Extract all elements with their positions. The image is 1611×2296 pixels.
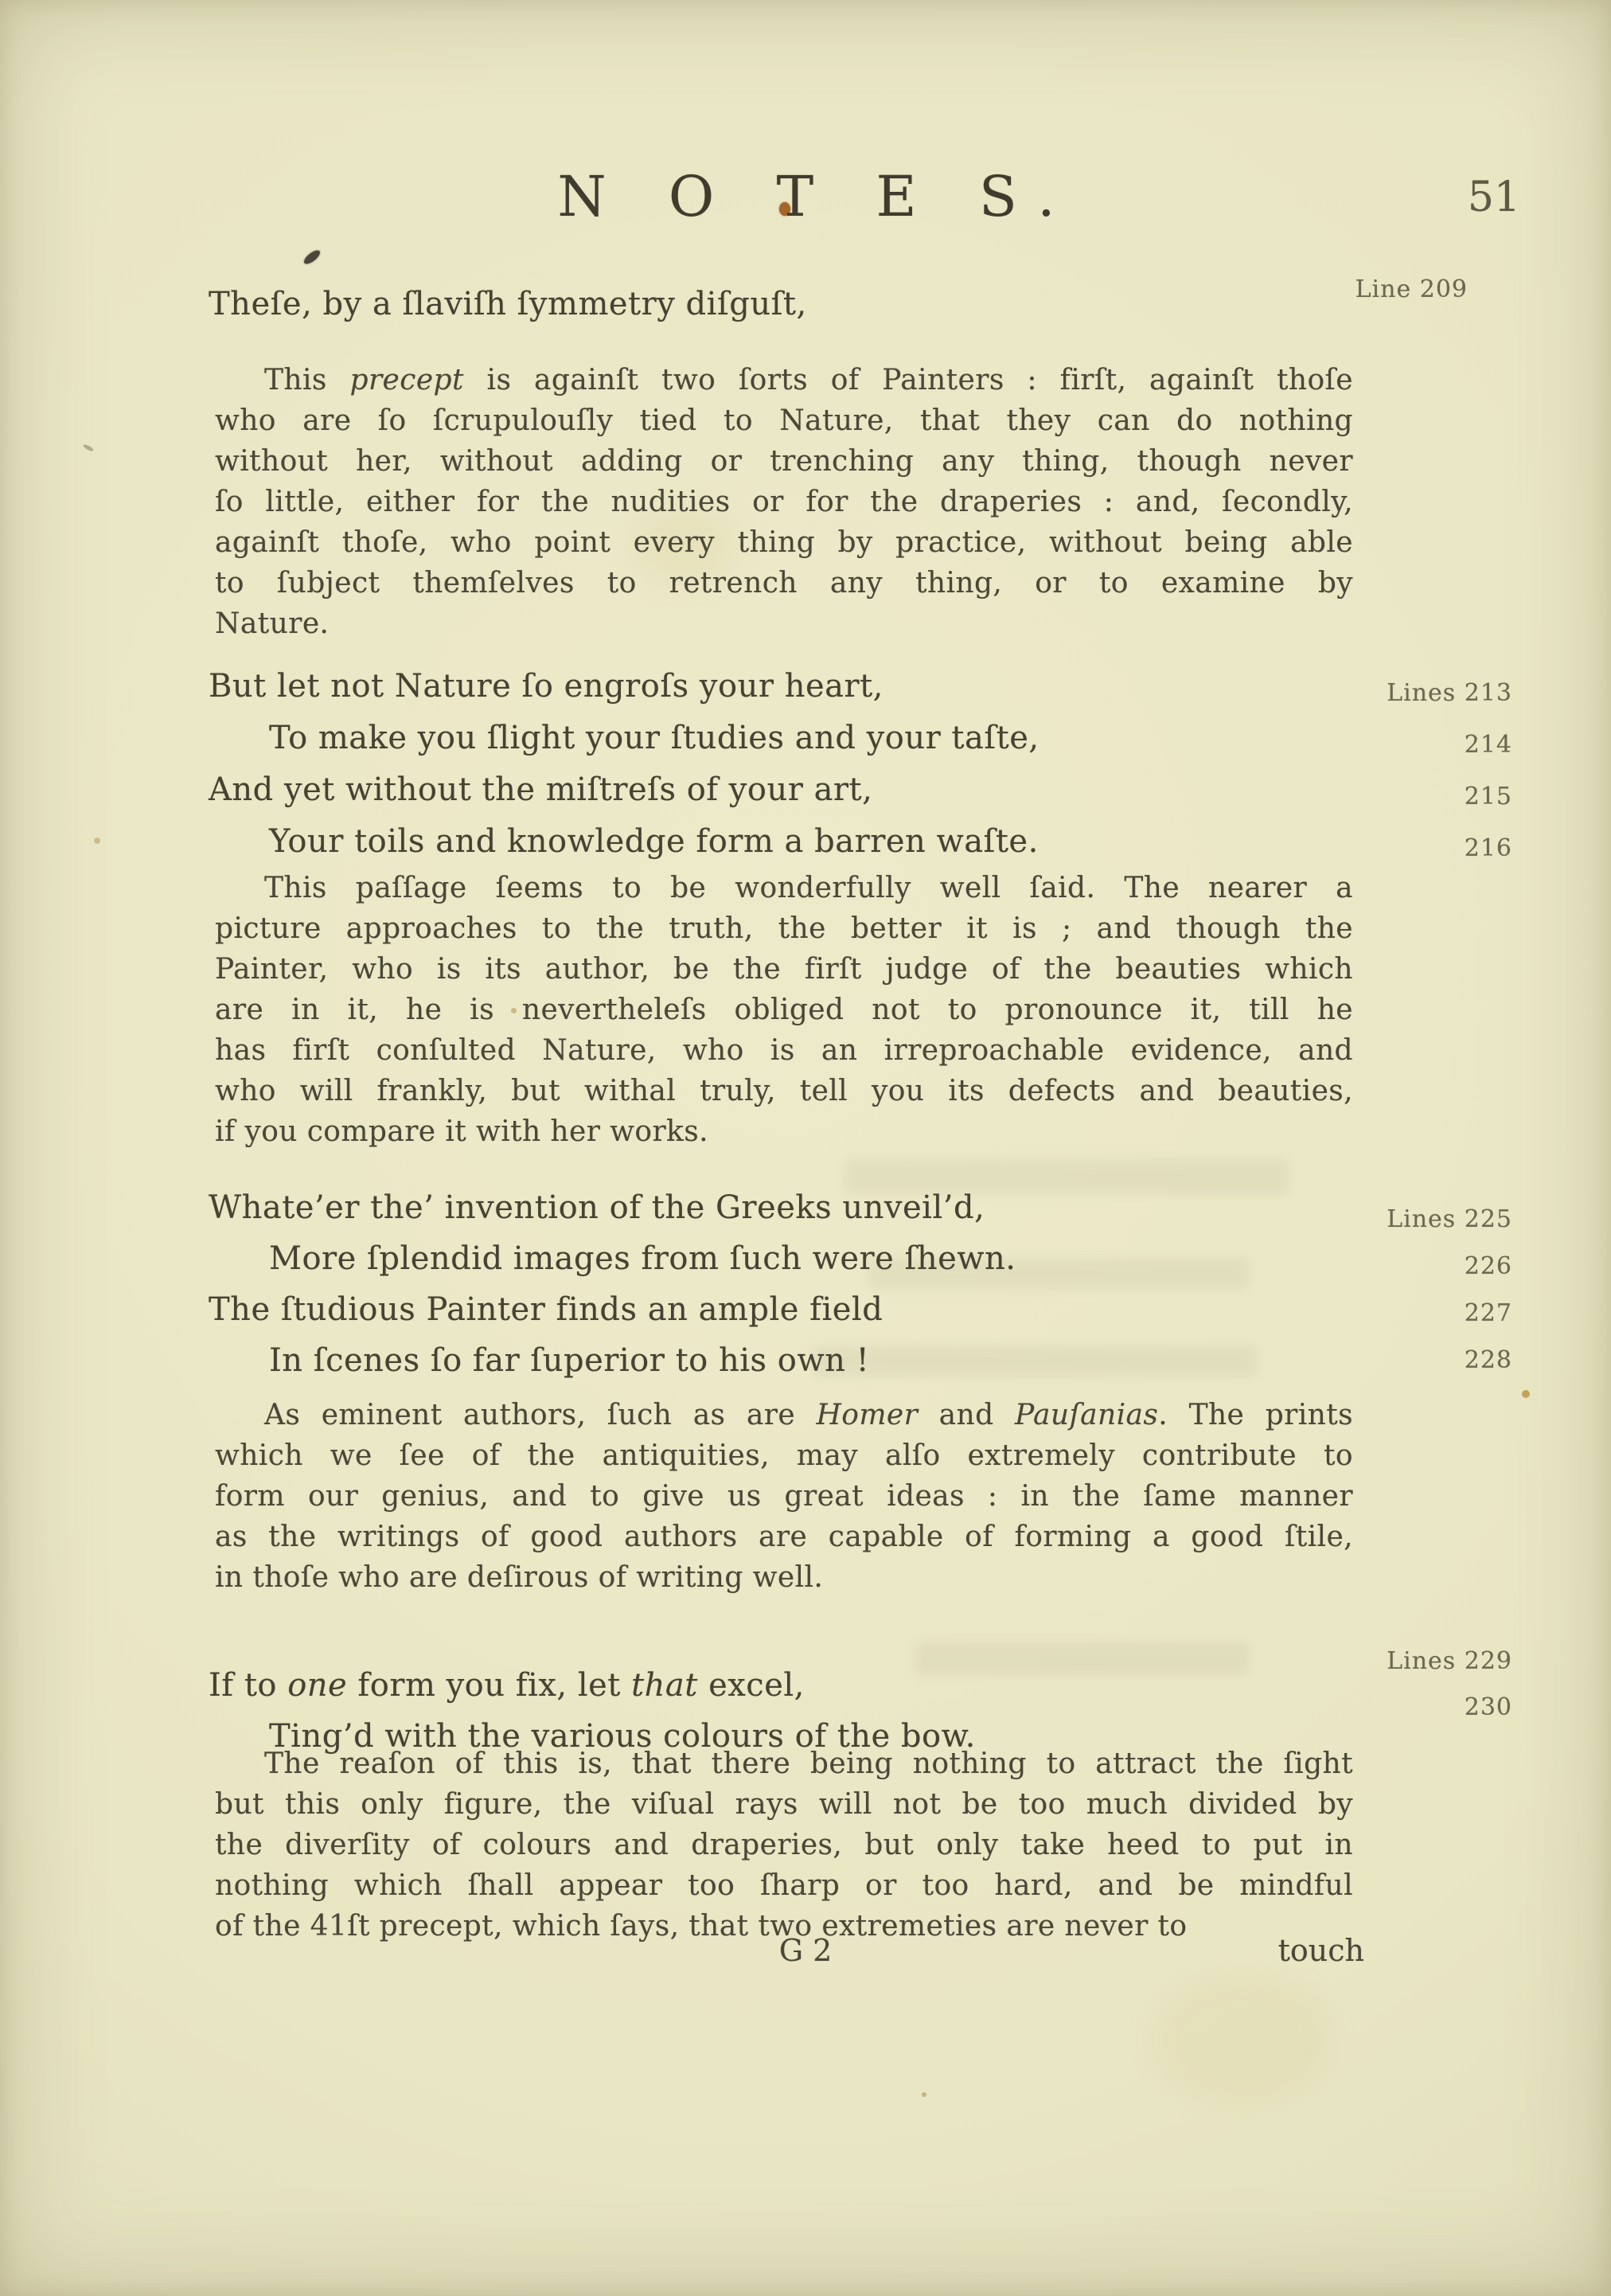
margin-line-ref: 227 [1274,1290,1512,1337]
text-segment: the diverſity of colours and draperies, … [215,1829,1353,1861]
italic-text: Homer [817,1399,919,1431]
text-segment: Nature. [215,607,329,640]
page-number: 51 [1353,174,1520,221]
text-segment: form our genius, and to give us great id… [215,1480,1353,1513]
note-line: the diverſity of colours and draperies, … [215,1825,1353,1865]
verse-line: And yet without the miſtreſs of your art… [209,764,1040,816]
note-line: as the writings of good authors are capa… [215,1517,1353,1557]
note-line: Nature. [215,603,1353,644]
note-paragraph: This precept is againſt two ſorts of Pai… [215,360,1353,644]
verse-line: In ſcenes ſo far ſuperior to his own ! [209,1335,1016,1386]
margin-line-references: Lines 213 214 215 216 [1274,667,1512,874]
note-line: who will frankly, but withal truly, tell… [215,1071,1353,1111]
text-segment: and [918,1399,1015,1431]
text-segment: . The prints [1158,1399,1353,1431]
note-line: This precept is againſt two ſorts of Pai… [215,360,1353,400]
note-line: has firſt conſulted Nature, who is an ir… [215,1030,1353,1071]
ink-fleck [83,443,95,452]
text-segment: The ſtudious Painter finds an ample fiel… [209,1291,883,1328]
note-line: to ſubject themſelves to retrench any th… [215,563,1353,603]
margin-line-ref: Lines 229 [1274,1638,1512,1685]
margin-line-ref: 228 [1274,1337,1512,1384]
text-segment: without her, without adding or trenching… [215,445,1353,478]
margin-line-ref: 230 [1274,1685,1512,1731]
italic-text: Pauſanias [1015,1399,1158,1431]
text-segment: who are ſo ſcrupulouſly tied to Nature, … [215,404,1353,437]
signature-mark: G 2 [779,1933,833,1968]
italic-text: that [631,1667,698,1704]
verse-line: Theſe, by a ſlaviſh ſymmetry diſguſt, [209,280,807,328]
text-segment: has firſt conſulted Nature, who is an ir… [215,1034,1353,1067]
foxing-spot [922,2092,926,2097]
note-line: This paſſage ſeems to be wonderfully wel… [215,868,1353,908]
note-line: ſo little, either for the nudities or fo… [215,482,1353,522]
note-line: who are ſo ſcrupulouſly tied to Nature, … [215,400,1353,441]
margin-line-ref: 215 [1274,771,1512,822]
note-line: if you compare it with her works. [215,1111,1353,1152]
note-line: Painter, who is its author, be the firſt… [215,949,1353,990]
text-segment: But let not Nature ſo engroſs your heart… [209,668,884,705]
text-segment: is againſt two ſorts of Painters : firſt… [464,364,1353,396]
ink-fleck [302,248,322,267]
note-line: are in it, he is nevertheleſs obliged no… [215,990,1353,1030]
text-segment: are in it, he is nevertheleſs obliged no… [215,994,1353,1026]
margin-line-ref: Line 209 [1229,275,1468,303]
margin-line-ref: Lines 225 [1274,1196,1512,1243]
note-line: which we ſee of the antiquities, may alſ… [215,1435,1353,1476]
text-segment: as the writings of good authors are capa… [215,1521,1353,1553]
text-segment: To make you ſlight your ſtudies and your… [269,720,1040,756]
text-segment: More ſplendid images from ſuch were ſhew… [269,1240,1016,1277]
text-segment: but this only figure, the viſual rays wi… [215,1788,1353,1821]
note-line: but this only figure, the viſual rays wi… [215,1784,1353,1825]
note-line: The reaſon of this is, that there being … [215,1743,1353,1784]
note-line: againſt thoſe, who point every thing by … [215,522,1353,563]
text-segment: Theſe, by a ſlaviſh ſymmetry diſguſt, [209,286,807,322]
note-paragraph: The reaſon of this is, that there being … [215,1743,1353,1947]
verse-line: If to one form you fix, let that excel, [209,1660,976,1711]
margin-line-ref: Lines 213 [1274,667,1512,719]
text-segment: If to [209,1667,287,1704]
verse-line: Your toils and knowledge form a barren w… [209,816,1040,868]
text-segment: againſt thoſe, who point every thing by … [215,526,1353,559]
margin-line-ref: 226 [1274,1243,1512,1290]
note-line: in thoſe who are deſirous of writing wel… [215,1557,1353,1598]
text-segment: Painter, who is its author, be the firſt… [215,953,1353,986]
margin-line-references: Lines 225 226 227 228 [1274,1196,1512,1384]
text-segment: picture approaches to the truth, the bet… [215,912,1353,945]
margin-line-ref: 216 [1274,822,1512,874]
text-segment: ſo little, either for the nudities or fo… [215,486,1353,518]
verse-line: To make you ſlight your ſtudies and your… [209,713,1040,764]
note-paragraph: This paſſage ſeems to be wonderfully wel… [215,868,1353,1152]
scanned-book-page: N O T E S. 51 Line 209 Lines 213 214 215… [0,0,1611,2296]
verse-line: The ſtudious Painter finds an ample fiel… [209,1284,1016,1335]
text-segment: Your toils and knowledge form a barren w… [269,823,1039,860]
text-segment: to ſubject themſelves to retrench any th… [215,567,1353,599]
text-segment: if you compare it with her works. [215,1115,708,1148]
signature-row: G 2 [0,1933,1611,1968]
verse-quote: Whate’er the’ invention of the Greeks un… [209,1182,1016,1386]
margin-line-references: Line 209 [1229,275,1468,303]
text-segment: As eminent authors, ſuch as are [264,1399,817,1431]
note-line: without her, without adding or trenching… [215,441,1353,482]
verse-line: Whate’er the’ invention of the Greeks un… [209,1182,1016,1233]
margin-line-references: Lines 229 230 [1274,1638,1512,1731]
text-segment: in thoſe who are deſirous of writing wel… [215,1561,823,1594]
italic-text: one [287,1667,347,1704]
text-segment: Whate’er the’ invention of the Greeks un… [209,1189,985,1226]
note-line: As eminent authors, ſuch as are Homer an… [215,1395,1353,1435]
text-segment: In ſcenes ſo far ſuperior to his own ! [269,1342,869,1379]
catchword: touch [1278,1933,1364,1968]
text-segment: This paſſage ſeems to be wonderfully wel… [264,872,1353,904]
foxing-spot [1522,1390,1530,1398]
note-paragraph: As eminent authors, ſuch as are Homer an… [215,1395,1353,1598]
verse-line: More ſplendid images from ſuch were ſhew… [209,1233,1016,1284]
text-segment: This [264,364,350,396]
foxing-spot [94,838,100,844]
verse-line: But let not Nature ſo engroſs your heart… [209,661,1040,713]
text-segment: excel, [698,1667,805,1704]
note-line: form our genius, and to give us great id… [215,1476,1353,1517]
verse-quote: But let not Nature ſo engroſs your heart… [209,661,1040,868]
text-segment: And yet without the miſtreſs of your art… [209,771,872,808]
verse-quote: Theſe, by a ſlaviſh ſymmetry diſguſt, [209,280,807,328]
paper-stain [1154,1974,1329,2102]
text-segment: who will frankly, but withal truly, tell… [215,1075,1353,1107]
text-segment: nothing which ſhall appear too ſharp or … [215,1869,1353,1902]
note-line: picture approaches to the truth, the bet… [215,908,1353,949]
margin-line-ref: 214 [1274,719,1512,771]
text-segment: form you fix, let [347,1667,631,1704]
text-segment: The reaſon of this is, that there being … [264,1747,1353,1780]
text-segment: which we ſee of the antiquities, may alſ… [215,1439,1353,1472]
note-line: nothing which ſhall appear too ſharp or … [215,1865,1353,1906]
italic-text: precept [350,364,464,396]
